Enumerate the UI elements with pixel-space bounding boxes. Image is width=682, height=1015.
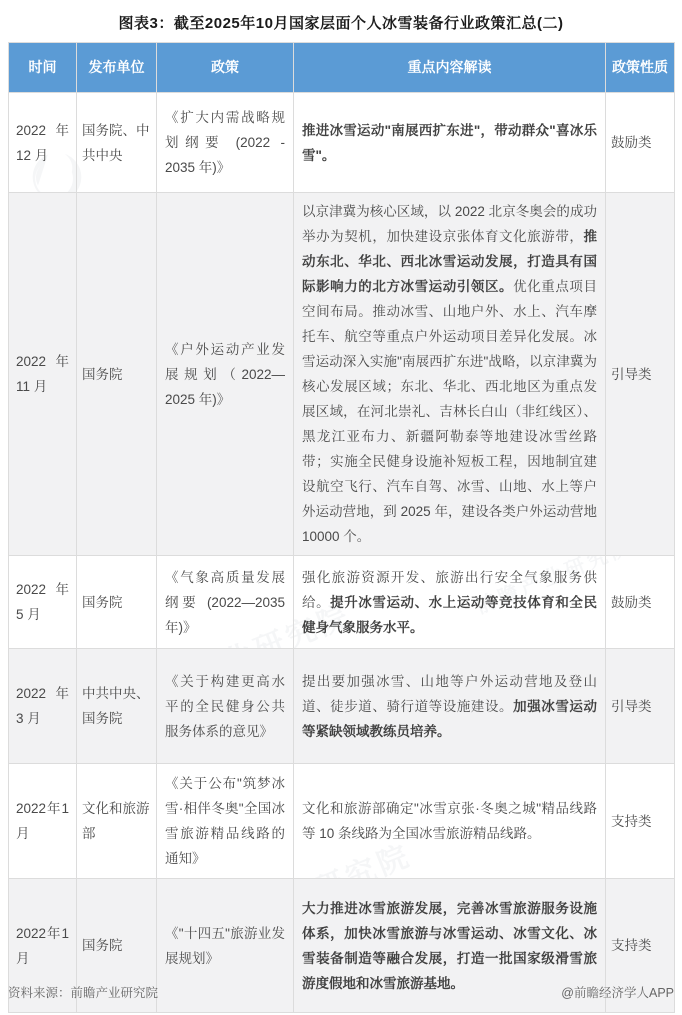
cell-unit: 文化和旅游部 (77, 764, 157, 879)
table-row: 2022 年 11 月 国务院 《户外运动产业发展规划（2022—2025 年)… (9, 193, 675, 556)
cell-nature: 鼓励类 (606, 93, 675, 193)
cell-policy: 《户外运动产业发展规划（2022—2025 年)》 (157, 193, 294, 556)
cell-unit: 中共中央、国务院 (77, 649, 157, 764)
content-emphasis: 大力推进冰雪旅游发展，完善冰雪旅游服务设施体系，加快冰雪旅游与冰雪运动、冰雪文化… (302, 901, 597, 991)
cell-time: 2022年1月 (9, 764, 77, 879)
cell-policy: 《扩大内需战略规划纲要 (2022 - 2035 年)》 (157, 93, 294, 193)
cell-nature: 引导类 (606, 649, 675, 764)
cell-nature: 鼓励类 (606, 556, 675, 649)
cell-unit: 国务院 (77, 193, 157, 556)
credit-note: @前瞻经济学人APP (561, 983, 674, 1001)
cell-content: 强化旅游资源开发、旅游出行安全气象服务供给。提升冰雪运动、水上运动等竞技体育和全… (294, 556, 606, 649)
table-body: 2022 年 12 月 国务院、中共中央 《扩大内需战略规划纲要 (2022 -… (9, 93, 675, 1013)
page-title: 图表3：截至2025年10月国家层面个人冰雪装备行业政策汇总(二) (0, 12, 682, 33)
column-header-0: 时间 (9, 43, 77, 93)
column-header-1: 发布单位 (77, 43, 157, 93)
cell-time: 2022 年 11 月 (9, 193, 77, 556)
policy-table: 时间发布单位政策重点内容解读政策性质 2022 年 12 月 国务院、中共中央 … (8, 42, 675, 1013)
content-text: 文化和旅游部确定"冰雪京张·冬奥之城"精品线路等 10 条线路为全国冰雪旅游精品… (302, 801, 597, 841)
content-emphasis: 推进冰雪运动"南展西扩东进"，带动群众"喜冰乐雪"。 (302, 123, 597, 163)
cell-content: 提出要加强冰雪、山地等户外运动营地及登山道、徒步道、骑行道等设施建设。加强冰雪运… (294, 649, 606, 764)
source-note: 资料来源：前瞻产业研究院 (8, 983, 158, 1001)
cell-content: 推进冰雪运动"南展西扩东进"，带动群众"喜冰乐雪"。 (294, 93, 606, 193)
content-text: 优化重点项目空间布局。推动冰雪、山地户外、水上、汽车摩托车、航空等重点户外运动项… (302, 279, 597, 544)
cell-unit: 国务院、中共中央 (77, 93, 157, 193)
table-row: 2022年1月 文化和旅游部 《关于公布"筑梦冰雪·相伴冬奥"全国冰雪旅游精品线… (9, 764, 675, 879)
cell-policy: 《气象高质量发展纲要 (2022—2035 年)》 (157, 556, 294, 649)
content-emphasis: 提升冰雪运动、水上运动等竞技体育和全民健身气象服务水平。 (302, 595, 597, 635)
cell-policy: 《关于公布"筑梦冰雪·相伴冬奥"全国冰雪旅游精品线路的通知》 (157, 764, 294, 879)
cell-policy: 《关于构建更高水平的全民健身公共服务体系的意见》 (157, 649, 294, 764)
column-header-2: 政策 (157, 43, 294, 93)
header-row: 时间发布单位政策重点内容解读政策性质 (9, 43, 675, 93)
table-row: 2022 年 12 月 国务院、中共中央 《扩大内需战略规划纲要 (2022 -… (9, 93, 675, 193)
cell-unit: 国务院 (77, 556, 157, 649)
cell-time: 2022 年 3 月 (9, 649, 77, 764)
footer: 资料来源：前瞻产业研究院 @前瞻经济学人APP (8, 983, 674, 1001)
table-row: 2022 年 3 月 中共中央、国务院 《关于构建更高水平的全民健身公共服务体系… (9, 649, 675, 764)
content-text: 以京津冀为核心区域，以 2022 北京冬奥会的成功举办为契机，加快建设京张体育文… (302, 204, 597, 244)
column-header-3: 重点内容解读 (294, 43, 606, 93)
table-row: 2022 年 5 月 国务院 《气象高质量发展纲要 (2022—2035 年)》… (9, 556, 675, 649)
cell-nature: 引导类 (606, 193, 675, 556)
cell-content: 以京津冀为核心区域，以 2022 北京冬奥会的成功举办为契机，加快建设京张体育文… (294, 193, 606, 556)
cell-content: 文化和旅游部确定"冰雪京张·冬奥之城"精品线路等 10 条线路为全国冰雪旅游精品… (294, 764, 606, 879)
column-header-4: 政策性质 (606, 43, 675, 93)
figure-page: 前瞻产业研究院 前瞻产业研究院 前瞻产业研究院 前瞻产业研究院 前瞻产业研究院 … (0, 0, 682, 1015)
cell-time: 2022 年 12 月 (9, 93, 77, 193)
cell-nature: 支持类 (606, 764, 675, 879)
cell-time: 2022 年 5 月 (9, 556, 77, 649)
